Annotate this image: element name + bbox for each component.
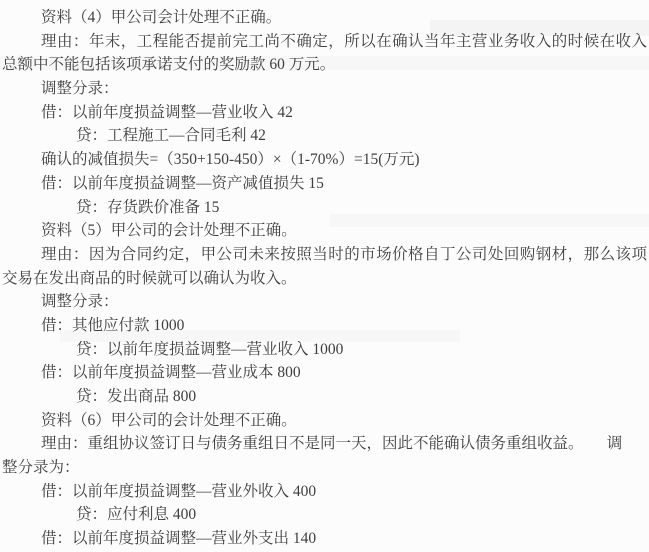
text-line: 借：以前年度损益调整—营业成本 800 <box>0 361 649 385</box>
text-line: 贷：存货跌价准备 15 <box>0 196 649 220</box>
text-line: 资料（4）甲公司会计处理不正确。 <box>0 6 649 30</box>
document-page: 资料（4）甲公司会计处理不正确。 理由：年末，工程能否提前完工尚不确定，所以在确… <box>0 0 649 552</box>
text-line: 借：以前年度损益调整—资产减值损失 15 <box>0 172 649 196</box>
text-line: 借：以前年度损益调整—营业收入 42 <box>0 101 649 125</box>
text-line: 确认的减值损失=（350+150-450）×（1-70%）=15(万元) <box>0 148 649 172</box>
text-line: 调整分录： <box>0 77 649 101</box>
text-line: 贷：工程施工—合同毛利 42 <box>0 124 649 148</box>
text-line: 借：以前年度损益调整—营业外支出 140 <box>0 527 649 551</box>
text-line: 资料（6）甲公司的会计处理不正确。 <box>0 409 649 433</box>
text-line: 借：以前年度损益调整—营业外收入 400 <box>0 480 649 504</box>
text-line: 资料（5）甲公司的会计处理不正确。 <box>0 219 649 243</box>
text-line: 理由：年末，工程能否提前完工尚不确定，所以在确认当年主营业务收入的时候在收入 <box>0 30 649 54</box>
text-line: 贷：以前年度损益调整—营业收入 1000 <box>0 338 649 362</box>
text-line: 理由：因为合同约定，甲公司未来按照当时的市场价格自丁公司处回购钢材，那么该项 <box>0 243 649 267</box>
text-line: 整分录为： <box>0 456 649 480</box>
text-line: 借：其他应付款 1000 <box>0 314 649 338</box>
text-line: 理由：重组协议签订日与债务重组日不是同一天，因此不能确认债务重组收益。 调 <box>0 432 649 456</box>
text-line: 贷：发出商品 800 <box>0 385 649 409</box>
text-line: 调整分录： <box>0 290 649 314</box>
text-line: 贷：应付利息 400 <box>0 503 649 527</box>
text-line: 总额中不能包括该项承诺支付的奖励款 60 万元。 <box>0 53 649 77</box>
text-line: 交易在发出商品的时候就可以确认为收入。 <box>0 267 649 291</box>
